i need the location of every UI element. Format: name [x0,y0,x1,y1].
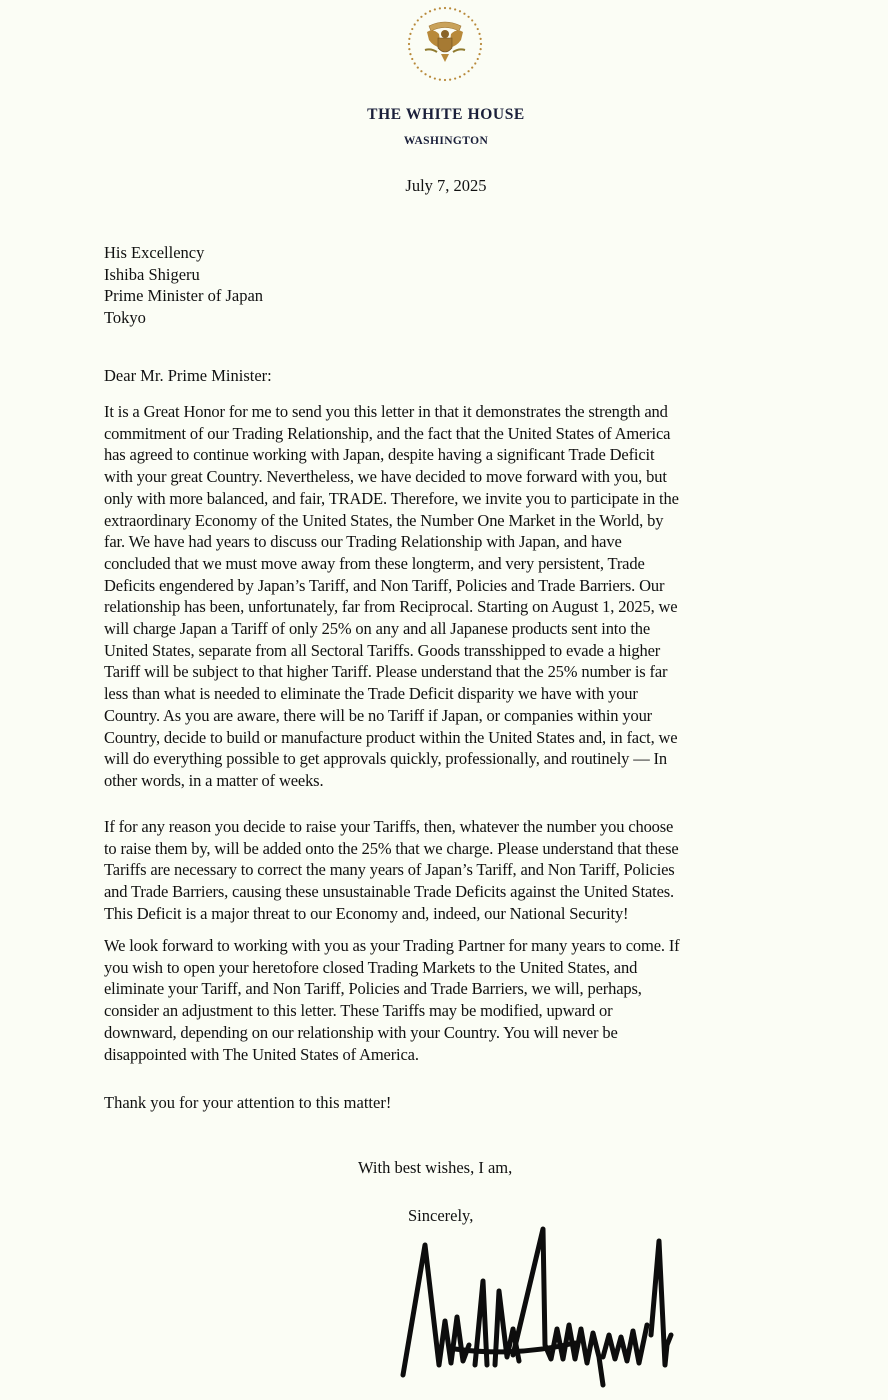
body-line: only with more balanced, and fair, TRADE… [104,488,824,510]
body-line: This Deficit is a major threat to our Ec… [104,903,824,925]
addressee-line: Prime Minister of Japan [104,285,263,307]
body-line: with your great Country. Nevertheless, w… [104,466,824,488]
body-line: Deficits engendered by Japan’s Tariff, a… [104,575,824,597]
body-line: Country. As you are aware, there will be… [104,705,824,727]
letter-page: THE WHITE HOUSE WASHINGTON July 7, 2025 … [0,0,888,1400]
body-line: Tariffs are necessary to correct the man… [104,859,824,881]
body-line: United States, separate from all Sectora… [104,640,824,662]
addressee-block: His Excellency Ishiba Shigeru Prime Mini… [104,242,263,328]
body-line: consider an adjustment to this letter. T… [104,1000,824,1022]
body-line: relationship has been, unfortunately, fa… [104,596,824,618]
body-line: and Trade Barriers, causing these unsust… [104,881,824,903]
body-line: far. We have had years to discuss our Tr… [104,531,824,553]
body-line: commitment of our Trading Relationship, … [104,423,824,445]
signoff-sincerely: Sincerely, [408,1206,473,1226]
letterhead-title: THE WHITE HOUSE [0,106,888,124]
presidential-seal-icon [405,4,485,84]
body-line: you wish to open your heretofore closed … [104,957,824,979]
body-line: extraordinary Economy of the United Stat… [104,510,824,532]
body-line: to raise them by, will be added onto the… [104,838,824,860]
body-paragraph-3: We look forward to working with you as y… [104,935,824,1065]
body-line: Country, decide to build or manufacture … [104,727,824,749]
body-line: concluded that we must move away from th… [104,553,824,575]
body-line: other words, in a matter of weeks. [104,770,824,792]
body-line: If for any reason you decide to raise yo… [104,816,824,838]
body-line: has agreed to continue working with Japa… [104,444,824,466]
body-line: Tariff will be subject to that higher Ta… [104,661,824,683]
addressee-line: His Excellency [104,242,263,264]
addressee-line: Ishiba Shigeru [104,264,263,286]
body-paragraph-1: It is a Great Honor for me to send you t… [104,401,824,792]
body-line: We look forward to working with you as y… [104,935,824,957]
body-line: It is a Great Honor for me to send you t… [104,401,824,423]
signoff-wishes: With best wishes, I am, [358,1158,512,1178]
letterhead-subtitle: WASHINGTON [0,135,888,147]
body-line: eliminate your Tariff, and Non Tariff, P… [104,978,824,1000]
body-line: less than what is needed to eliminate th… [104,683,824,705]
body-line: will charge Japan a Tariff of only 25% o… [104,618,824,640]
body-line: downward, depending on our relationship … [104,1022,824,1044]
body-line: will do everything possible to get appro… [104,748,824,770]
addressee-line: Tokyo [104,307,263,329]
handwritten-signature-icon [395,1225,705,1395]
letter-date: July 7, 2025 [0,176,888,196]
body-line: disappointed with The United States of A… [104,1044,824,1066]
body-paragraph-2: If for any reason you decide to raise yo… [104,816,824,925]
closing-line: Thank you for your attention to this mat… [104,1093,391,1113]
salutation: Dear Mr. Prime Minister: [104,366,272,386]
